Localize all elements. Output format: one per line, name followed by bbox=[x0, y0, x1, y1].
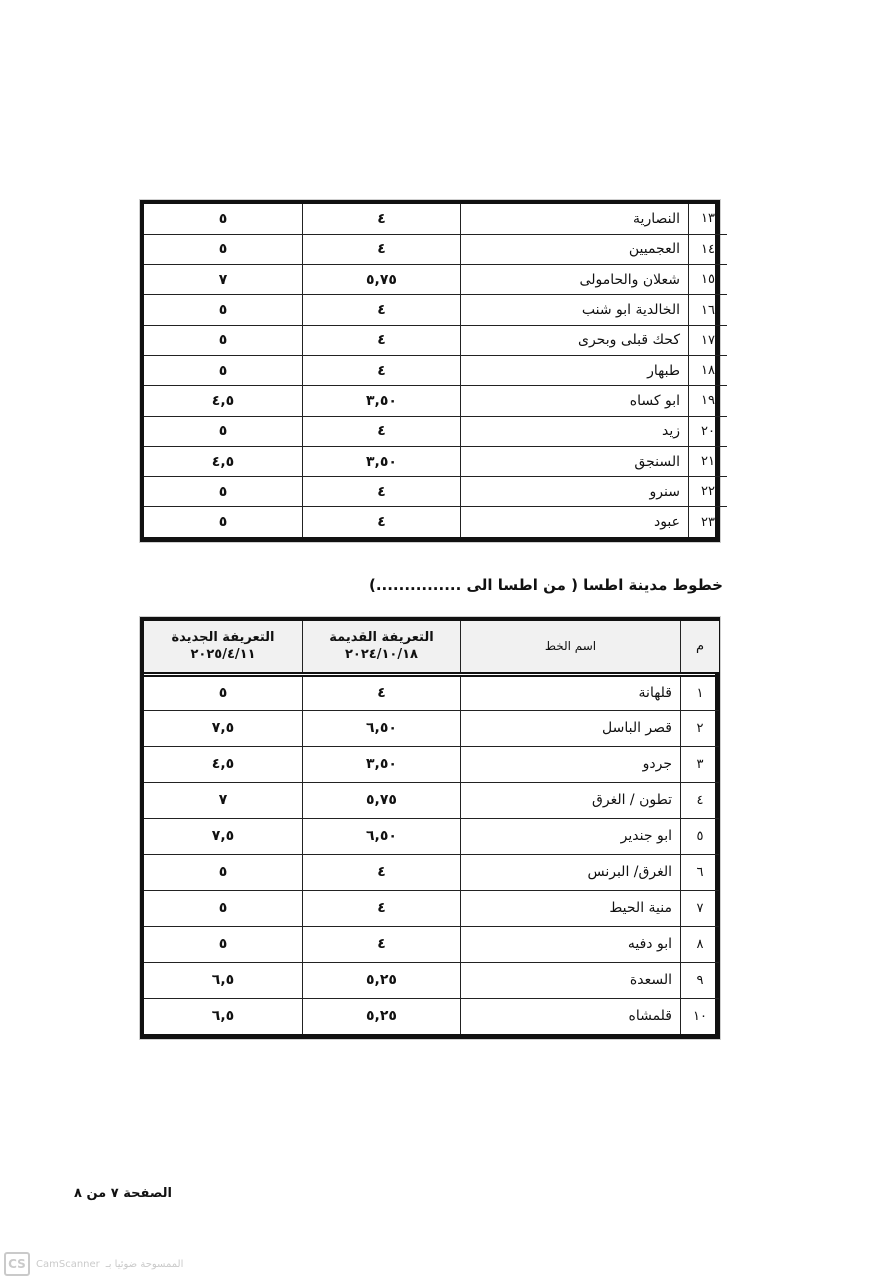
old-fare: ٤ bbox=[303, 295, 461, 325]
old-fare: ٣,٥٠ bbox=[303, 386, 461, 416]
old-fare: ٦,٥٠ bbox=[303, 710, 461, 746]
line-name: قلمشاه bbox=[461, 998, 681, 1034]
row-number: ٩ bbox=[681, 962, 720, 998]
header-new-fare-date: ٢٠٢٥/٤/١١ bbox=[144, 646, 302, 663]
line-name: السعدة bbox=[461, 962, 681, 998]
old-fare: ٤ bbox=[303, 926, 461, 962]
line-name: كحك قبلى وبحرى bbox=[461, 325, 689, 355]
row-number: ٦ bbox=[681, 854, 720, 890]
new-fare: ٤,٥ bbox=[144, 386, 303, 416]
table-row: ٢٣عبود٤٥ bbox=[144, 507, 727, 537]
watermark-arabic: الممسوحة ضوئيا بـ bbox=[106, 1259, 184, 1270]
old-fare: ٤ bbox=[303, 204, 461, 234]
old-fare: ٣,٥٠ bbox=[303, 746, 461, 782]
row-number: ٢٢ bbox=[689, 477, 728, 507]
row-number: ١٠ bbox=[681, 998, 720, 1034]
table-row: ١٨طبهار٤٥ bbox=[144, 355, 727, 385]
line-name: قصر الباسل bbox=[461, 710, 681, 746]
line-name: العجميين bbox=[461, 234, 689, 264]
old-fare: ٥,٢٥ bbox=[303, 998, 461, 1034]
new-fare: ٥ bbox=[144, 854, 303, 890]
line-name: عبود bbox=[461, 507, 689, 537]
header-old-fare: التعريفة القديمة ٢٠٢٤/١٠/١٨ bbox=[303, 621, 461, 674]
line-name: منية الحيط bbox=[461, 890, 681, 926]
line-name: زيد bbox=[461, 416, 689, 446]
line-name: الخالدية ابو شنب bbox=[461, 295, 689, 325]
line-name: ابو كساه bbox=[461, 386, 689, 416]
fares-table-continued: ١٣النصارية٤٥١٤العجميين٤٥١٥شعلان والحامول… bbox=[140, 200, 720, 542]
table-row: ٥ابو جندير٦,٥٠٧,٥ bbox=[144, 818, 719, 854]
camscanner-logo-icon: CS bbox=[4, 1252, 30, 1276]
table-row: ٧منية الحيط٤٥ bbox=[144, 890, 719, 926]
new-fare: ٥ bbox=[144, 507, 303, 537]
new-fare: ٤,٥ bbox=[144, 446, 303, 476]
table-row: ١٧كحك قبلى وبحرى٤٥ bbox=[144, 325, 727, 355]
line-name: سنرو bbox=[461, 477, 689, 507]
table-row: ١٩ابو كساه٣,٥٠٤,٥ bbox=[144, 386, 727, 416]
table-row: ٣جردو٣,٥٠٤,٥ bbox=[144, 746, 719, 782]
row-number: ٥ bbox=[681, 818, 720, 854]
table-row: ٢٠زيد٤٥ bbox=[144, 416, 727, 446]
line-name: طبهار bbox=[461, 355, 689, 385]
old-fare: ٤ bbox=[303, 854, 461, 890]
line-name: ابو دفيه bbox=[461, 926, 681, 962]
table-row: ٩السعدة٥,٢٥٦,٥ bbox=[144, 962, 719, 998]
page-number: الصفحة ٧ من ٨ bbox=[74, 1186, 172, 1201]
new-fare: ٧,٥ bbox=[144, 818, 303, 854]
new-fare: ٥ bbox=[144, 477, 303, 507]
old-fare: ٥,٢٥ bbox=[303, 962, 461, 998]
old-fare: ٤ bbox=[303, 325, 461, 355]
section-title: خطوط مدينة اطسا ( من اطسا الى ..........… bbox=[369, 576, 723, 594]
table-row: ١قلهانة٤٥ bbox=[144, 674, 719, 710]
table-header-row: م اسم الخط التعريفة القديمة ٢٠٢٤/١٠/١٨ ا… bbox=[144, 621, 719, 674]
new-fare: ٦,٥ bbox=[144, 962, 303, 998]
new-fare: ٥ bbox=[144, 355, 303, 385]
old-fare: ٣,٥٠ bbox=[303, 446, 461, 476]
row-number: ١٧ bbox=[689, 325, 728, 355]
old-fare: ٤ bbox=[303, 416, 461, 446]
row-number: ١٩ bbox=[689, 386, 728, 416]
row-number: ٢٣ bbox=[689, 507, 728, 537]
header-num: م bbox=[681, 621, 720, 674]
old-fare: ٤ bbox=[303, 477, 461, 507]
row-number: ٨ bbox=[681, 926, 720, 962]
atsa-fares-table: م اسم الخط التعريفة القديمة ٢٠٢٤/١٠/١٨ ا… bbox=[140, 617, 720, 1039]
header-old-fare-title: التعريفة القديمة bbox=[303, 629, 460, 646]
old-fare: ٤ bbox=[303, 507, 461, 537]
table-row: ١٣النصارية٤٥ bbox=[144, 204, 727, 234]
new-fare: ٥ bbox=[144, 295, 303, 325]
new-fare: ٧ bbox=[144, 265, 303, 295]
row-number: ٣ bbox=[681, 746, 720, 782]
table-row: ٤تطون / الغرق٥,٧٥٧ bbox=[144, 782, 719, 818]
table-row: ٦الغرق/ البرنس٤٥ bbox=[144, 854, 719, 890]
old-fare: ٤ bbox=[303, 674, 461, 710]
line-name: تطون / الغرق bbox=[461, 782, 681, 818]
table-row: ٢١السنجق٣,٥٠٤,٥ bbox=[144, 446, 727, 476]
row-number: ٧ bbox=[681, 890, 720, 926]
watermark-text: CamScanner bbox=[36, 1259, 100, 1270]
new-fare: ٤,٥ bbox=[144, 746, 303, 782]
new-fare: ٧,٥ bbox=[144, 710, 303, 746]
row-number: ١٣ bbox=[689, 204, 728, 234]
row-number: ١ bbox=[681, 674, 720, 710]
table-row: ١٥شعلان والحامولى٥,٧٥٧ bbox=[144, 265, 727, 295]
old-fare: ٥,٧٥ bbox=[303, 265, 461, 295]
header-new-fare: التعريفة الجديدة ٢٠٢٥/٤/١١ bbox=[144, 621, 303, 674]
line-name: جردو bbox=[461, 746, 681, 782]
line-name: السنجق bbox=[461, 446, 689, 476]
old-fare: ٤ bbox=[303, 234, 461, 264]
line-name: الغرق/ البرنس bbox=[461, 854, 681, 890]
table-row: ٢قصر الباسل٦,٥٠٧,٥ bbox=[144, 710, 719, 746]
table-row: ٨ابو دفيه٤٥ bbox=[144, 926, 719, 962]
camscanner-watermark: CS CamScanner الممسوحة ضوئيا بـ bbox=[4, 1252, 183, 1276]
table-row: ١٤العجميين٤٥ bbox=[144, 234, 727, 264]
line-name: شعلان والحامولى bbox=[461, 265, 689, 295]
line-name: النصارية bbox=[461, 204, 689, 234]
new-fare: ٥ bbox=[144, 234, 303, 264]
old-fare: ٤ bbox=[303, 355, 461, 385]
row-number: ٢ bbox=[681, 710, 720, 746]
new-fare: ٥ bbox=[144, 204, 303, 234]
old-fare: ٥,٧٥ bbox=[303, 782, 461, 818]
row-number: ١٤ bbox=[689, 234, 728, 264]
new-fare: ٥ bbox=[144, 926, 303, 962]
old-fare: ٤ bbox=[303, 890, 461, 926]
row-number: ١٦ bbox=[689, 295, 728, 325]
old-fare: ٦,٥٠ bbox=[303, 818, 461, 854]
row-number: ١٥ bbox=[689, 265, 728, 295]
new-fare: ٥ bbox=[144, 674, 303, 710]
new-fare: ٥ bbox=[144, 890, 303, 926]
line-name: قلهانة bbox=[461, 674, 681, 710]
new-fare: ٧ bbox=[144, 782, 303, 818]
row-number: ٢٠ bbox=[689, 416, 728, 446]
row-number: ٢١ bbox=[689, 446, 728, 476]
header-line-name: اسم الخط bbox=[461, 621, 681, 674]
new-fare: ٦,٥ bbox=[144, 998, 303, 1034]
row-number: ١٨ bbox=[689, 355, 728, 385]
header-new-fare-title: التعريفة الجديدة bbox=[144, 629, 302, 646]
line-name: ابو جندير bbox=[461, 818, 681, 854]
header-old-fare-date: ٢٠٢٤/١٠/١٨ bbox=[303, 646, 460, 663]
row-number: ٤ bbox=[681, 782, 720, 818]
new-fare: ٥ bbox=[144, 416, 303, 446]
new-fare: ٥ bbox=[144, 325, 303, 355]
table-row: ١٠قلمشاه٥,٢٥٦,٥ bbox=[144, 998, 719, 1034]
table-row: ١٦الخالدية ابو شنب٤٥ bbox=[144, 295, 727, 325]
table-row: ٢٢سنرو٤٥ bbox=[144, 477, 727, 507]
